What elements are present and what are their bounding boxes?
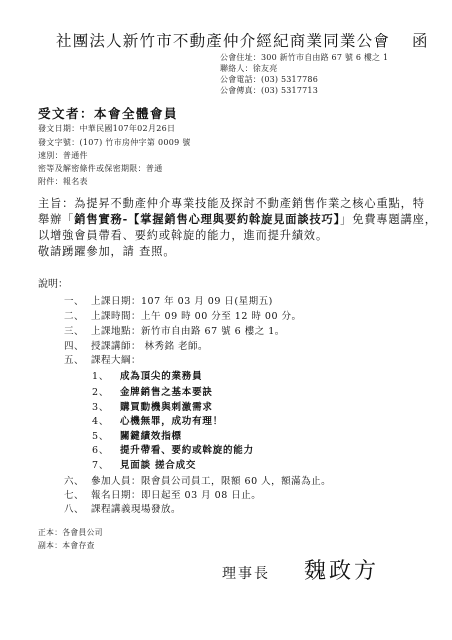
subject-line-2-prefix: 舉辦「: [38, 213, 74, 226]
signatory-name: 魏政方: [304, 554, 379, 585]
organization-name: 社團法人新竹市不動產仲介經紀商業同業公會: [56, 32, 390, 50]
attachment: 附件：報名表: [38, 176, 88, 187]
item-number: 三、: [64, 323, 91, 337]
subject-line-3: 以增強會員帶看、要約或斡旋的能力，進而提升績效。: [38, 227, 328, 243]
explanation-item: 八、課程講義現場發放。: [64, 501, 181, 515]
syllabus-number: 4、: [92, 413, 120, 427]
item-number: 七、: [64, 487, 91, 501]
recipient: 受文者：本會全體會員: [38, 104, 178, 122]
subject-line-4: 敬請踴躍參加，請 查照。: [38, 243, 175, 259]
contact-person: 聯絡人：徐友亮: [220, 63, 277, 74]
item-number: 六、: [64, 473, 91, 487]
document-type: 函: [412, 32, 429, 50]
item-text: 報名日期：即日起至 03 月 08 日止。: [91, 490, 261, 501]
subject-line-1: 主旨：為提昇不動產仲介專業技能及探討不動產銷售作業之核心重點，特: [38, 195, 425, 211]
syllabus-text: 金牌銷售之基本要訣: [120, 387, 213, 398]
letterhead-title: 社團法人新竹市不動產仲介經紀商業同業公會函: [56, 29, 429, 51]
item-text: 課程大綱：: [91, 355, 141, 366]
syllabus-text: 提升帶看、要約或斡旋的能力: [120, 445, 254, 456]
syllabus-text: 成為頂尖的業務員: [120, 371, 202, 382]
syllabus-item: 3、購買動機與刺激需求: [92, 399, 213, 413]
syllabus-item: 6、提升帶看、要約或斡旋的能力: [92, 442, 254, 456]
item-text: 課程講義現場發放。: [91, 504, 181, 515]
item-number: 四、: [64, 338, 91, 352]
syllabus-item: 7、見面談 搓合成交: [92, 457, 196, 471]
explanation-item: 一、上課日期：107 年 03 月 09 日(星期五): [64, 293, 273, 307]
syllabus-number: 1、: [92, 368, 120, 382]
original-recipient: 正本：各會員公司: [38, 527, 103, 538]
syllabus-number: 5、: [92, 428, 120, 442]
contact-phone: 公會電話：(03) 5317786: [220, 74, 318, 85]
item-text: 參加人員：限會員公司員工，限額 60 人，額滿為止。: [91, 476, 331, 487]
syllabus-item: 1、成為頂尖的業務員: [92, 368, 202, 382]
contact-address: 公會住址：300 新竹市自由路 67 號 6 樓之 1: [220, 52, 388, 63]
syllabus-text: 關鍵績效指標: [120, 431, 182, 442]
item-text: 上課時間：上午 09 時 00 分至 12 時 00 分。: [91, 311, 302, 322]
item-number: 一、: [64, 293, 91, 307]
issue-number: 發文字號：(107) 竹市房仲字第 0009 號: [38, 137, 191, 148]
explanation-item: 二、上課時間：上午 09 時 00 分至 12 時 00 分。: [64, 308, 302, 322]
signatory-title: 理事長: [222, 563, 270, 583]
explanation-item: 三、上課地點：新竹市自由路 67 號 6 樓之 1。: [64, 323, 285, 337]
explanation-item: 七、報名日期：即日起至 03 月 08 日止。: [64, 487, 261, 501]
syllabus-text: 見面談 搓合成交: [120, 460, 196, 471]
explanation-item: 四、授課講師： 林秀銘 老師。: [64, 338, 208, 352]
item-number: 五、: [64, 352, 91, 366]
explanation-item: 六、參加人員：限會員公司員工，限額 60 人，額滿為止。: [64, 473, 331, 487]
syllabus-item: 2、金牌銷售之基本要訣: [92, 384, 213, 398]
syllabus-number: 6、: [92, 442, 120, 456]
issue-date: 發文日期：中華民國107年02月26日: [38, 123, 175, 134]
syllabus-item: 5、關鍵績效指標: [92, 428, 182, 442]
subject-line-2-suffix: 」免費專題講座，: [340, 213, 437, 226]
explanation-label: 說明：: [38, 275, 68, 290]
seminar-title: 銷售實務-【掌握銷售心理與要約斡旋見面談技巧】: [74, 212, 340, 226]
syllabus-number: 2、: [92, 384, 120, 398]
syllabus-item: 4、心機無罪，成功有理！: [92, 413, 223, 427]
security-level: 密等及解密條件或保密期限：普通: [38, 163, 163, 174]
syllabus-number: 7、: [92, 457, 120, 471]
contact-fax: 公會傳真：(03) 5317713: [220, 85, 318, 96]
item-text: 授課講師： 林秀銘 老師。: [91, 341, 208, 352]
syllabus-text: 心機無罪，成功有理！: [120, 416, 223, 427]
explanation-item: 五、課程大綱：: [64, 352, 141, 366]
delivery-type: 速別：普通件: [38, 150, 88, 161]
item-text: 上課地點：新竹市自由路 67 號 6 樓之 1。: [91, 326, 285, 337]
subject-line-2: 舉辦「銷售實務-【掌握銷售心理與要約斡旋見面談技巧】」免費專題講座，: [38, 211, 437, 227]
copy-recipient: 副本：本會存查: [38, 540, 95, 551]
item-number: 八、: [64, 501, 91, 515]
item-text: 上課日期：107 年 03 月 09 日(星期五): [91, 296, 273, 307]
syllabus-text: 購買動機與刺激需求: [120, 402, 213, 413]
syllabus-number: 3、: [92, 399, 120, 413]
item-number: 二、: [64, 308, 91, 322]
